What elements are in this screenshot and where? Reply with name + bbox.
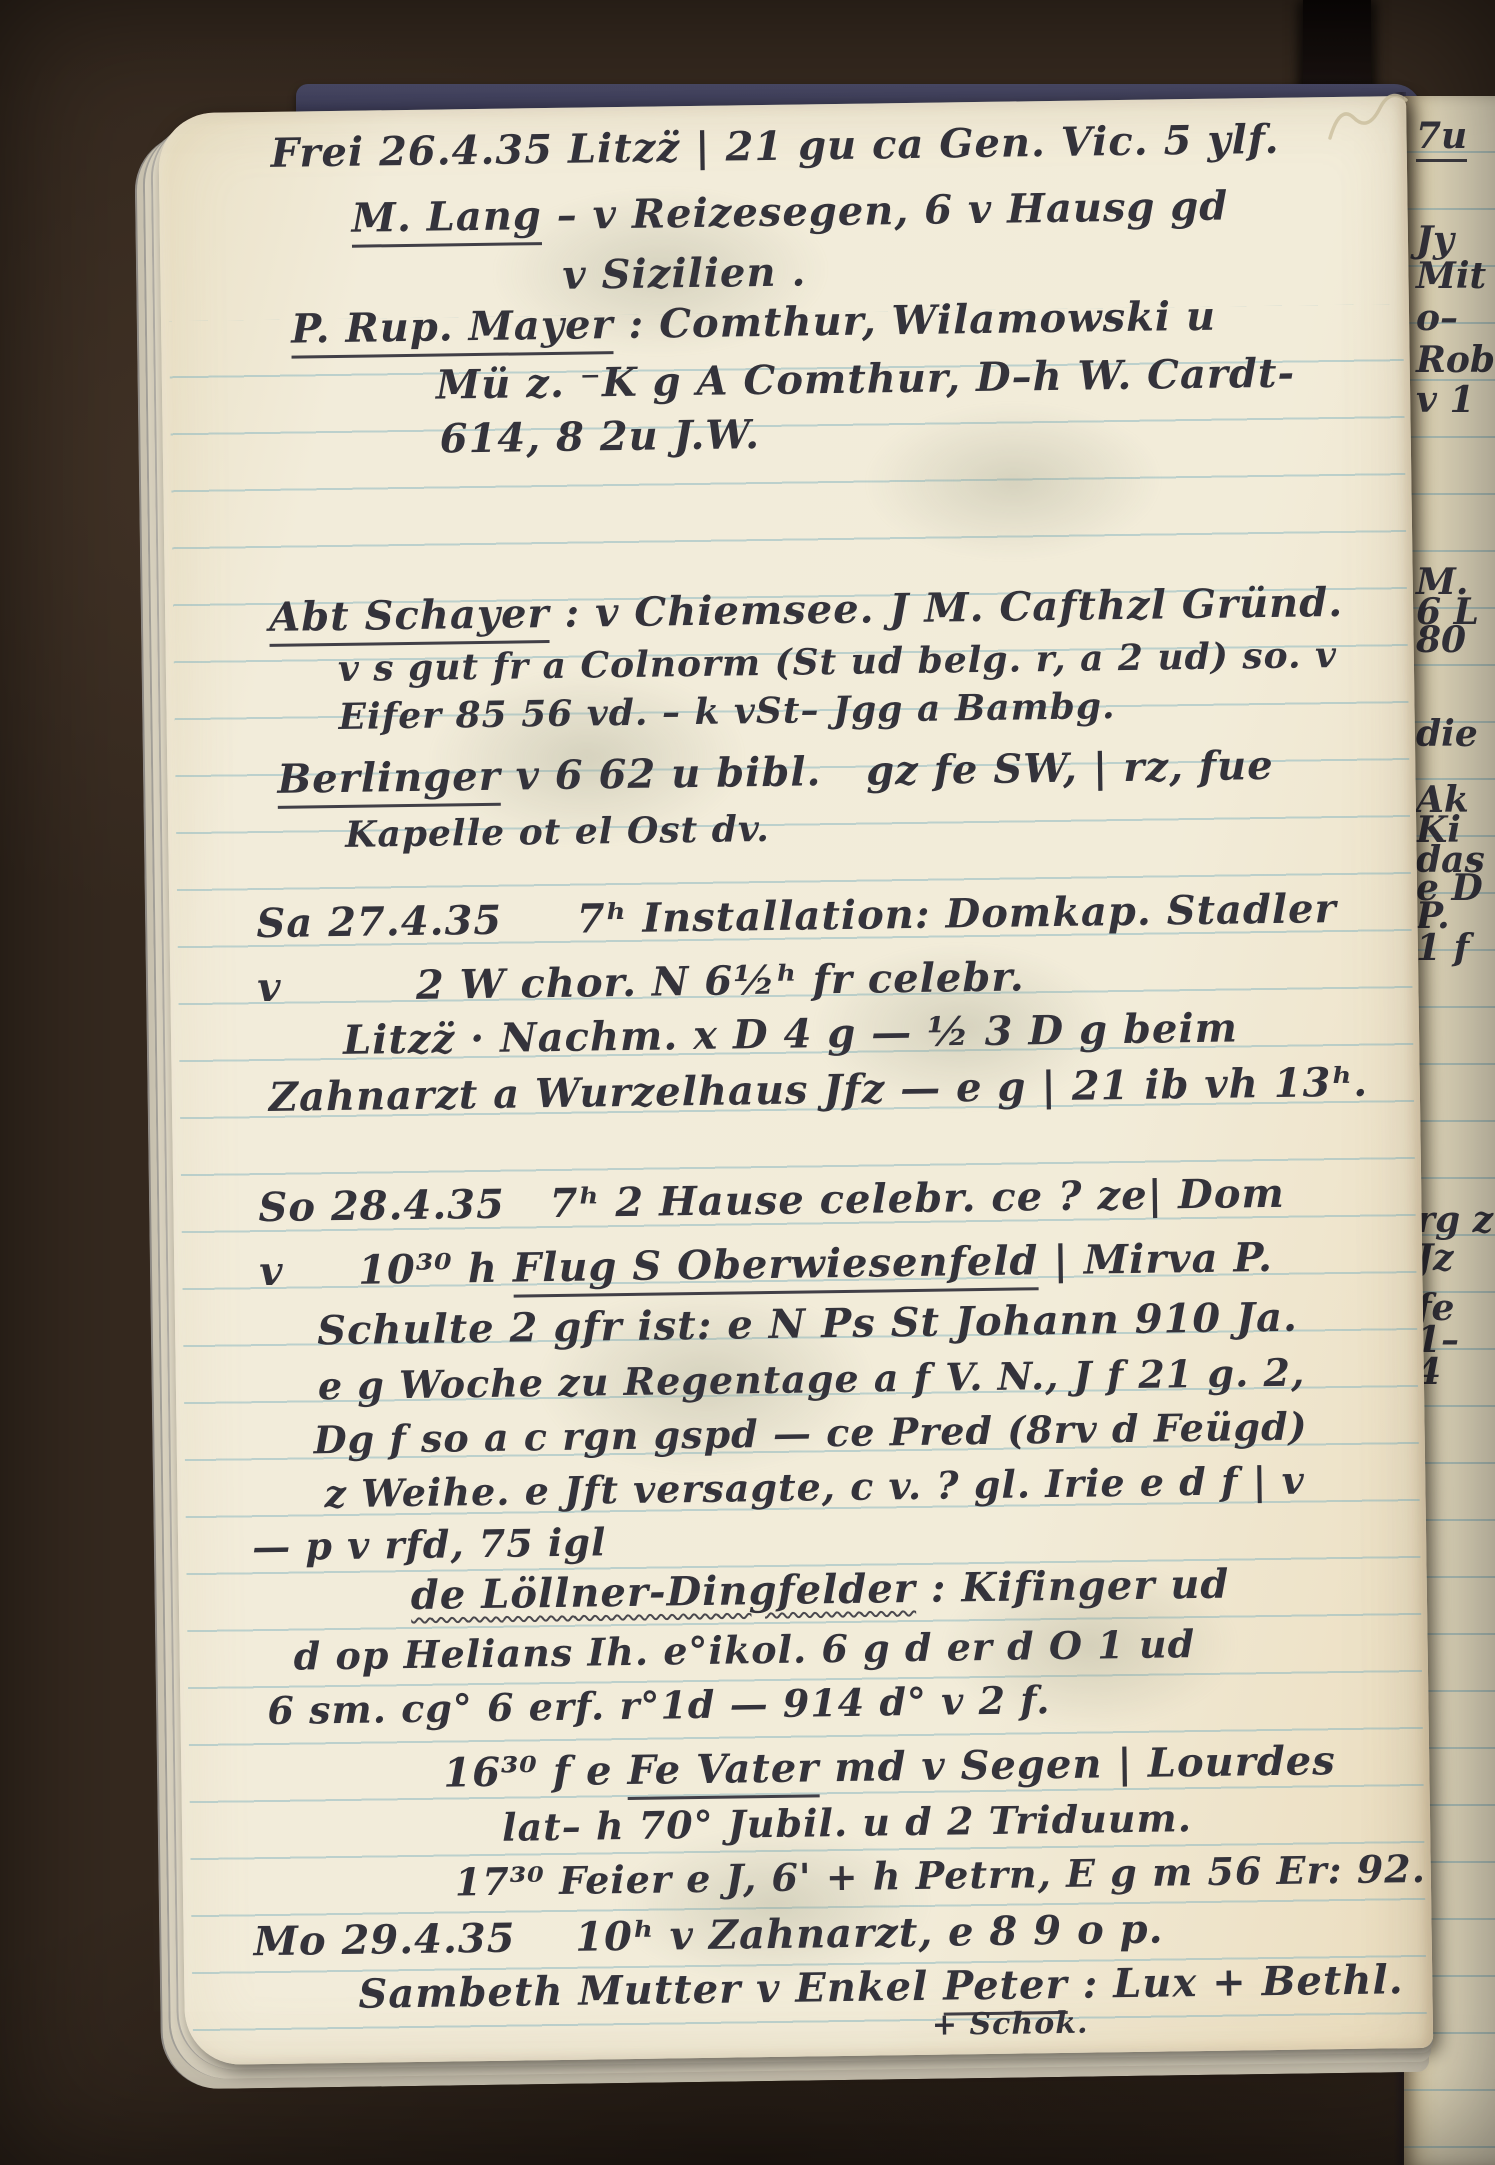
handwriting-line: Frei 26.4.35 Litzz̈ | 21 gu ca Gen. Vic.… [270, 120, 1279, 174]
facing-page-handwriting-fragment: Rob [1416, 342, 1495, 378]
handwriting-line: Kapelle ot el Ost dv. [345, 811, 770, 853]
handwriting-line: Eifer 85 56 vd. – k vSt– Jgg a Bambg. [338, 688, 1115, 735]
facing-page-handwriting-fragment: 80 [1416, 622, 1466, 658]
handwriting-line: + Schok. [932, 2009, 1089, 2041]
facing-page-handwriting-fragment: Mit [1416, 258, 1486, 294]
handwriting-line: Mü z. ⁻K g A Comthur, D–h W. Cardt- [436, 354, 1296, 406]
facing-page-handwriting-fragment: 1 f [1416, 930, 1469, 966]
facing-page-handwriting-fragment: rg z [1416, 1202, 1493, 1238]
handwriting-line: v Sizilien . [562, 252, 806, 295]
handwriting-line: de Löllner-Dingfelder : Kifinger ud [411, 1565, 1230, 1616]
facing-page-handwriting-fragment: 7u [1416, 118, 1467, 154]
handwriting-line: 16³⁰ f e Fe Vater md v Segen | Lourdes [443, 1741, 1336, 1793]
handwriting-line: M. Lang – v Reizesegen, 6 v Hausg gd [351, 186, 1228, 238]
handwriting-line: — p v rfd, 75 igl [252, 1523, 607, 1566]
facing-page-handwriting-fragment: o– [1416, 300, 1458, 336]
notebook-photo: 7uJyMito–Robv 1M.6 L80dieAkKidase DP.1 f… [0, 0, 1495, 2165]
facing-page-handwriting-fragment: die [1416, 716, 1478, 752]
facing-page-handwriting-fragment: Jy [1416, 222, 1454, 258]
left-page: Frei 26.4.35 Litzz̈ | 21 gu ca Gen. Vic.… [158, 96, 1433, 2065]
handwriting-line: 614, 8 2u J.W. [439, 415, 760, 459]
dust-fiber [1322, 80, 1412, 150]
handwriting-line: 6 sm. cg° 6 erf. r°1d — 914 d° v 2 f. [267, 1681, 1050, 1730]
facing-page-handwriting-fragment: v 1 [1416, 382, 1475, 418]
handwriting-line: Litzz̈ · Nachm. x D 4 g — ½ 3 D g beim [343, 1008, 1238, 1060]
handwriting-line: Mo 29.4.35 10ʰ v Zahnarzt, e 8 9 o p. [253, 1910, 1163, 1963]
handwriting-line: v 2 W chor. N 6½ʰ fr celebr. [257, 957, 1025, 1008]
handwriting-line: lat– h 70° Jubil. u d 2 Triduum. [502, 1799, 1192, 1847]
